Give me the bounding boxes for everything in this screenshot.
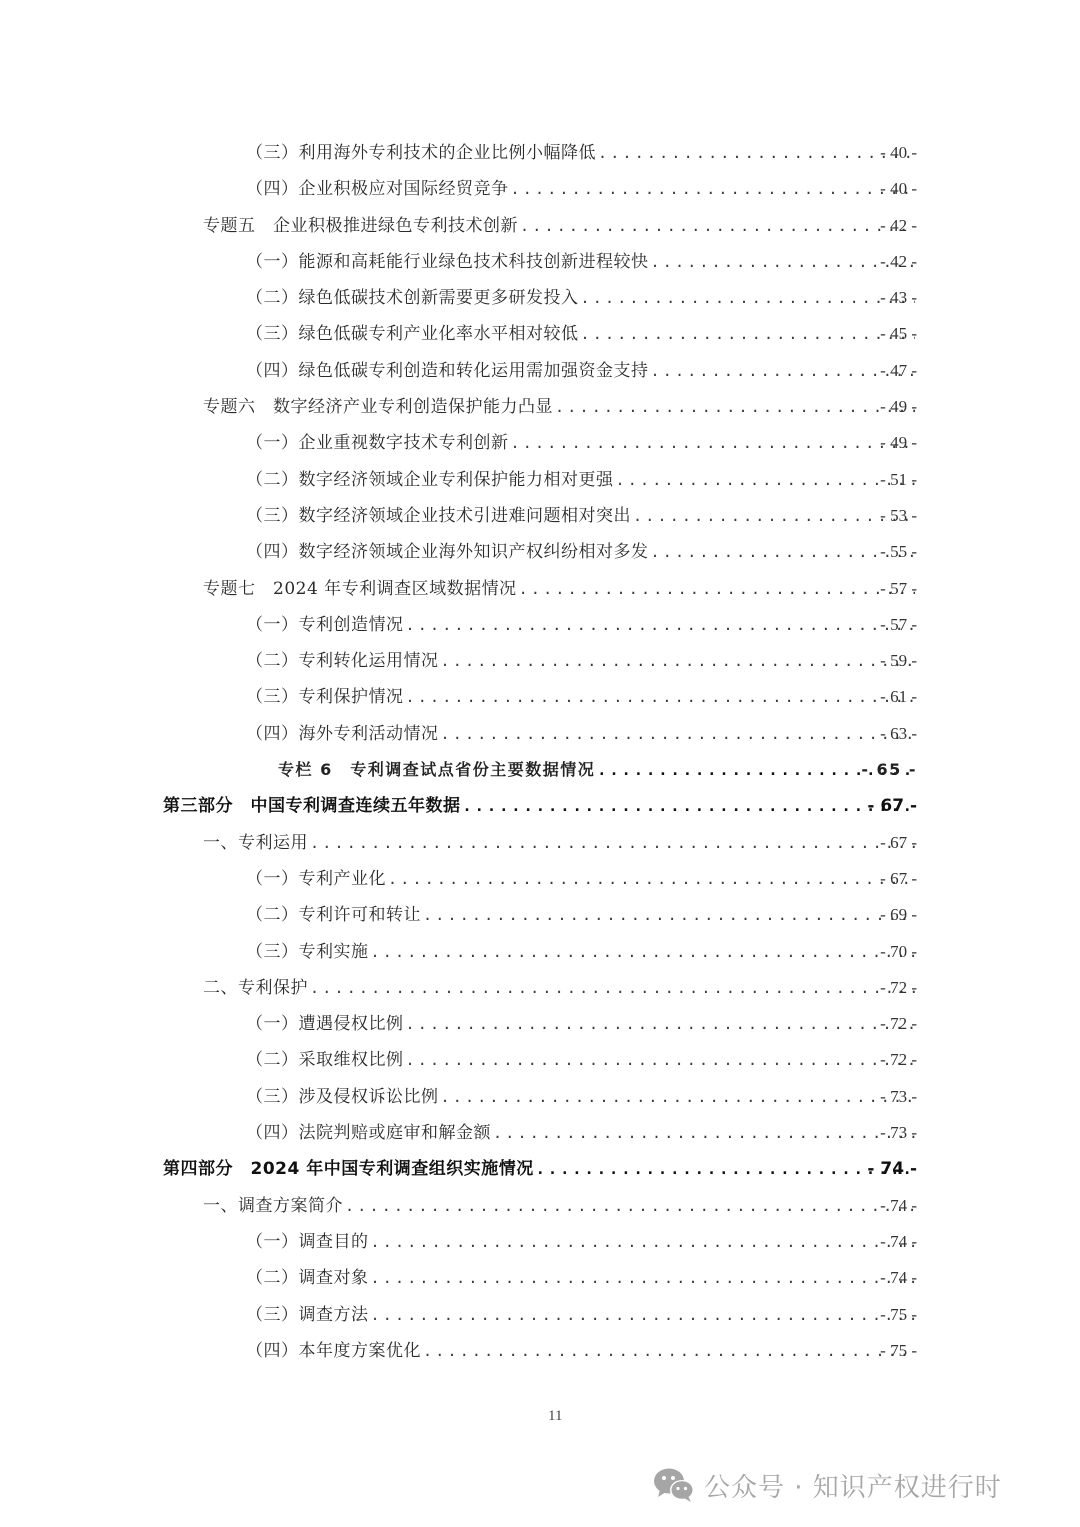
- toc-entry-page: - 55 -: [853, 534, 917, 570]
- toc-entry[interactable]: （三）绿色低碳专利产业化率水平相对较低- 45 -: [0, 316, 1080, 352]
- table-of-contents: （三）利用海外专利技术的企业比例小幅降低- 40 - （四）企业积极应对国际经贸…: [0, 135, 1080, 1369]
- wechat-icon: [652, 1465, 696, 1505]
- toc-entry[interactable]: 二、专利保护- 72 -: [0, 970, 1080, 1006]
- toc-entry-title: 第三部分 中国专利调查连续五年数据: [163, 788, 463, 824]
- toc-entry-page: - 70 -: [853, 934, 917, 970]
- toc-entry-title: （一）调查目的: [246, 1224, 371, 1260]
- toc-entry-title: （三）专利实施: [246, 934, 371, 970]
- toc-entry[interactable]: （一）能源和高耗能行业绿色技术科技创新进程较快- 42 -: [0, 244, 1080, 280]
- toc-entry-page: - 49 -: [853, 425, 917, 461]
- toc-entry-page: - 73 -: [853, 1079, 917, 1115]
- toc-entry-title: （二）数字经济领域企业专利保护能力相对更强: [246, 462, 616, 498]
- toc-entry[interactable]: （四）本年度方案优化- 75 -: [0, 1333, 1080, 1369]
- toc-entry[interactable]: （二）绿色低碳技术创新需要更多研发投入- 43 -: [0, 280, 1080, 316]
- toc-entry-title: （一）企业重视数字技术专利创新: [246, 425, 511, 461]
- dot-leader: [441, 1079, 916, 1115]
- dot-leader: [371, 1297, 916, 1333]
- toc-entry[interactable]: 一、调查方案简介- 74 -: [0, 1188, 1080, 1224]
- toc-entry-title: （三）调查方法: [246, 1297, 371, 1333]
- toc-entry-title: 一、调查方案简介: [203, 1188, 345, 1224]
- toc-entry[interactable]: （四）数字经济领域企业海外知识产权纠纷相对多发- 55 -: [0, 534, 1080, 570]
- toc-entry-title: 一、专利运用: [203, 825, 310, 861]
- dot-leader: [423, 1333, 915, 1369]
- toc-entry-title: 专题五 企业积极推进绿色专利技术创新: [203, 208, 520, 244]
- toc-entry[interactable]: （三）专利保护情况- 61 -: [0, 679, 1080, 715]
- toc-entry-page: - 45 -: [853, 316, 917, 352]
- toc-entry[interactable]: （三）利用海外专利技术的企业比例小幅降低- 40 -: [0, 135, 1080, 171]
- toc-entry-title: （三）涉及侵权诉讼比例: [246, 1079, 441, 1115]
- toc-entry-page: - 40 -: [853, 135, 917, 171]
- toc-entry[interactable]: （二）专利许可和转让- 69 -: [0, 897, 1080, 933]
- toc-entry-page: - 51 -: [853, 462, 917, 498]
- toc-entry[interactable]: （一）调查目的- 74 -: [0, 1224, 1080, 1260]
- watermark: 公众号 · 知识产权进行时: [652, 1460, 1002, 1510]
- toc-entry-page: - 75 -: [853, 1297, 917, 1333]
- toc-entry-page: - 57 -: [853, 607, 917, 643]
- toc-entry-page: - 49 -: [853, 389, 917, 425]
- dot-leader: [388, 861, 915, 897]
- toc-entry-page: - 47 -: [853, 353, 917, 389]
- toc-entry-title: 二、专利保护: [203, 970, 310, 1006]
- toc-entry-title: （二）专利转化运用情况: [246, 643, 441, 679]
- dot-leader: [406, 607, 916, 643]
- toc-entry-page: - 75 -: [853, 1333, 917, 1369]
- toc-entry-page: - 67 -: [853, 861, 917, 897]
- toc-entry-title: （四）数字经济领域企业海外知识产权纠纷相对多发: [246, 534, 651, 570]
- toc-entry-title: 专题六 数字经济产业专利创造保护能力凸显: [203, 389, 555, 425]
- toc-entry-title: （四）海外专利活动情况: [246, 716, 441, 752]
- toc-entry[interactable]: （一）专利产业化- 67 -: [0, 861, 1080, 897]
- dot-leader: [310, 825, 915, 861]
- dot-leader: [441, 643, 916, 679]
- dot-leader: [310, 970, 915, 1006]
- toc-entry[interactable]: 专栏 6 专利调查试点省份主要数据情况- 65 -: [0, 752, 1080, 788]
- dot-leader: [441, 716, 916, 752]
- toc-entry[interactable]: 一、专利运用- 67 -: [0, 825, 1080, 861]
- dot-leader: [345, 1188, 915, 1224]
- toc-entry-page: - 42 -: [853, 208, 917, 244]
- toc-entry[interactable]: （二）调查对象- 74 -: [0, 1260, 1080, 1296]
- watermark-text: 公众号 · 知识产权进行时: [704, 1467, 1002, 1504]
- dot-leader: [371, 1224, 916, 1260]
- toc-entry-title: （二）绿色低碳技术创新需要更多研发投入: [246, 280, 581, 316]
- dot-leader: [423, 897, 915, 933]
- toc-entry-title: （二）采取维权比例: [246, 1042, 406, 1078]
- toc-entry-page: - 61 -: [853, 679, 917, 715]
- dot-leader: [371, 1260, 916, 1296]
- toc-entry[interactable]: （四）绿色低碳专利创造和转化运用需加强资金支持- 47 -: [0, 353, 1080, 389]
- dot-leader: [406, 679, 916, 715]
- toc-entry[interactable]: （一）专利创造情况- 57 -: [0, 607, 1080, 643]
- toc-entry-title: （二）调查对象: [246, 1260, 371, 1296]
- toc-entry-title: （三）绿色低碳专利产业化率水平相对较低: [246, 316, 581, 352]
- toc-entry[interactable]: （二）数字经济领域企业专利保护能力相对更强- 51 -: [0, 462, 1080, 498]
- toc-entry-page: - 67 -: [853, 788, 917, 824]
- toc-entry-title: 专栏 6 专利调查试点省份主要数据情况: [278, 752, 597, 788]
- toc-entry-page: - 57 -: [853, 571, 917, 607]
- toc-entry-page: - 53 -: [853, 498, 917, 534]
- page-number: 11: [548, 1408, 562, 1425]
- toc-entry[interactable]: （三）调查方法- 75 -: [0, 1297, 1080, 1333]
- toc-entry-title: （三）专利保护情况: [246, 679, 406, 715]
- toc-entry-page: - 59 -: [853, 643, 917, 679]
- toc-entry-title: （一）专利创造情况: [246, 607, 406, 643]
- toc-entry-title: （一）遭遇侵权比例: [246, 1006, 406, 1042]
- toc-entry-page: - 74 -: [853, 1151, 917, 1187]
- toc-entry-page: - 72 -: [853, 1006, 917, 1042]
- toc-entry[interactable]: （四）企业积极应对国际经贸竞争- 40 -: [0, 171, 1080, 207]
- toc-entry[interactable]: 专题六 数字经济产业专利创造保护能力凸显- 49 -: [0, 389, 1080, 425]
- toc-entry-title: （四）法院判赔或庭审和解金额: [246, 1115, 493, 1151]
- toc-entry[interactable]: 专题五 企业积极推进绿色专利技术创新- 42 -: [0, 208, 1080, 244]
- toc-entry[interactable]: （二）采取维权比例- 72 -: [0, 1042, 1080, 1078]
- toc-entry-page: - 74 -: [853, 1188, 917, 1224]
- toc-entry-page: - 69 -: [853, 897, 917, 933]
- toc-entry-title: （四）绿色低碳专利创造和转化运用需加强资金支持: [246, 353, 651, 389]
- toc-entry-page: - 72 -: [853, 970, 917, 1006]
- toc-entry-page: - 63 -: [853, 716, 917, 752]
- toc-entry-page: - 67 -: [853, 825, 917, 861]
- toc-entry-page: - 72 -: [853, 1042, 917, 1078]
- toc-entry[interactable]: 第三部分 中国专利调查连续五年数据- 67 -: [0, 788, 1080, 824]
- toc-entry[interactable]: （四）海外专利活动情况- 63 -: [0, 716, 1080, 752]
- toc-entry-title: （一）专利产业化: [246, 861, 388, 897]
- dot-leader: [493, 1115, 915, 1151]
- toc-entry-title: 专题七 2024 年专利调查区域数据情况: [203, 571, 519, 607]
- toc-entry[interactable]: 第四部分 2024 年中国专利调查组织实施情况- 74 -: [0, 1151, 1080, 1187]
- toc-entry[interactable]: （一）企业重视数字技术专利创新- 49 -: [0, 425, 1080, 461]
- toc-entry-title: （四）企业积极应对国际经贸竞争: [246, 171, 511, 207]
- toc-entry[interactable]: （三）数字经济领域企业技术引进难问题相对突出- 53 -: [0, 498, 1080, 534]
- toc-entry[interactable]: （一）遭遇侵权比例- 72 -: [0, 1006, 1080, 1042]
- dot-leader: [406, 1042, 916, 1078]
- dot-leader: [406, 1006, 916, 1042]
- toc-entry[interactable]: （四）法院判赔或庭审和解金额- 73 -: [0, 1115, 1080, 1151]
- toc-entry-title: （三）利用海外专利技术的企业比例小幅降低: [246, 135, 598, 171]
- toc-entry[interactable]: （三）涉及侵权诉讼比例- 73 -: [0, 1079, 1080, 1115]
- toc-entry-title: （三）数字经济领域企业技术引进难问题相对突出: [246, 498, 633, 534]
- toc-entry-title: （四）本年度方案优化: [246, 1333, 423, 1369]
- toc-entry-title: （二）专利许可和转让: [246, 897, 423, 933]
- toc-entry[interactable]: （二）专利转化运用情况- 59 -: [0, 643, 1080, 679]
- toc-entry-page: - 40 -: [853, 171, 917, 207]
- dot-leader: [463, 788, 916, 824]
- toc-entry-page: - 74 -: [853, 1224, 917, 1260]
- dot-leader: [371, 934, 916, 970]
- toc-entry-title: 第四部分 2024 年中国专利调查组织实施情况: [163, 1151, 536, 1187]
- toc-entry-page: - 65 -: [853, 752, 917, 788]
- toc-entry-title: （一）能源和高耗能行业绿色技术科技创新进程较快: [246, 244, 651, 280]
- toc-entry-page: - 74 -: [853, 1260, 917, 1296]
- toc-entry-page: - 43 -: [853, 280, 917, 316]
- toc-entry-page: - 42 -: [853, 244, 917, 280]
- toc-entry-page: - 73 -: [853, 1115, 917, 1151]
- toc-entry[interactable]: 专题七 2024 年专利调查区域数据情况- 57 -: [0, 571, 1080, 607]
- toc-entry[interactable]: （三）专利实施- 70 -: [0, 934, 1080, 970]
